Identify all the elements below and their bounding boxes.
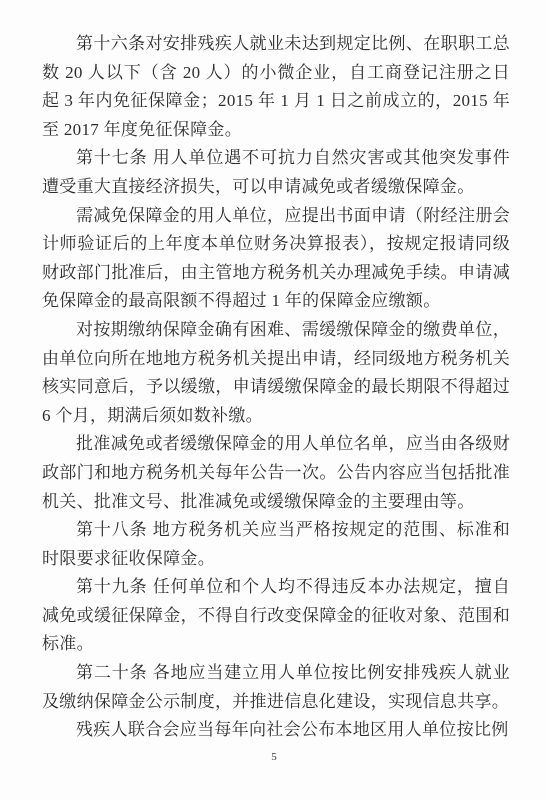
paragraph-article-20-cont: 残疾人联合会应当每年向社会公布本地区用人单位按比例 — [42, 716, 510, 745]
paragraph-article-20: 第二十条 各地应当建立用人单位按比例安排残疾人就业及缴纳保障金公示制度，并推进信… — [42, 659, 510, 716]
paragraph-article-17-cont-3: 批准减免或者缓缴保障金的用人单位名单，应当由各级财政部门和地方税务机关每年公告一… — [42, 430, 510, 516]
paragraph-article-18: 第十八条 地方税务机关应当严格按规定的范围、标准和时限要求征收保障金。 — [42, 516, 510, 573]
paragraph-article-16: 第十六条对安排残疾人就业未达到规定比例、在职职工总数 20 人以下（含 20 人… — [42, 30, 510, 144]
document-body: 第十六条对安排残疾人就业未达到规定比例、在职职工总数 20 人以下（含 20 人… — [42, 30, 510, 745]
paragraph-article-17: 第十七条 用人单位遇不可抗力自然灾害或其他突发事件遭受重大直接经济损失，可以申请… — [42, 144, 510, 201]
paragraph-article-17-cont-1: 需减免保障金的用人单位，应提出书面申请（附经注册会计师验证后的上年度本单位财务决… — [42, 202, 510, 316]
document-page: 第十六条对安排残疾人就业未达到规定比例、在职职工总数 20 人以下（含 20 人… — [0, 0, 548, 800]
paragraph-article-19: 第十九条 任何单位和个人均不得违反本办法规定，擅自减免或缓征保障金，不得自行改变… — [42, 573, 510, 659]
paragraph-article-17-cont-2: 对按期缴纳保障金确有困难、需缓缴保障金的缴费单位，由单位向所在地地方税务机关提出… — [42, 316, 510, 430]
page-footer: 5 — [0, 747, 548, 765]
page-number: 5 — [271, 751, 277, 763]
